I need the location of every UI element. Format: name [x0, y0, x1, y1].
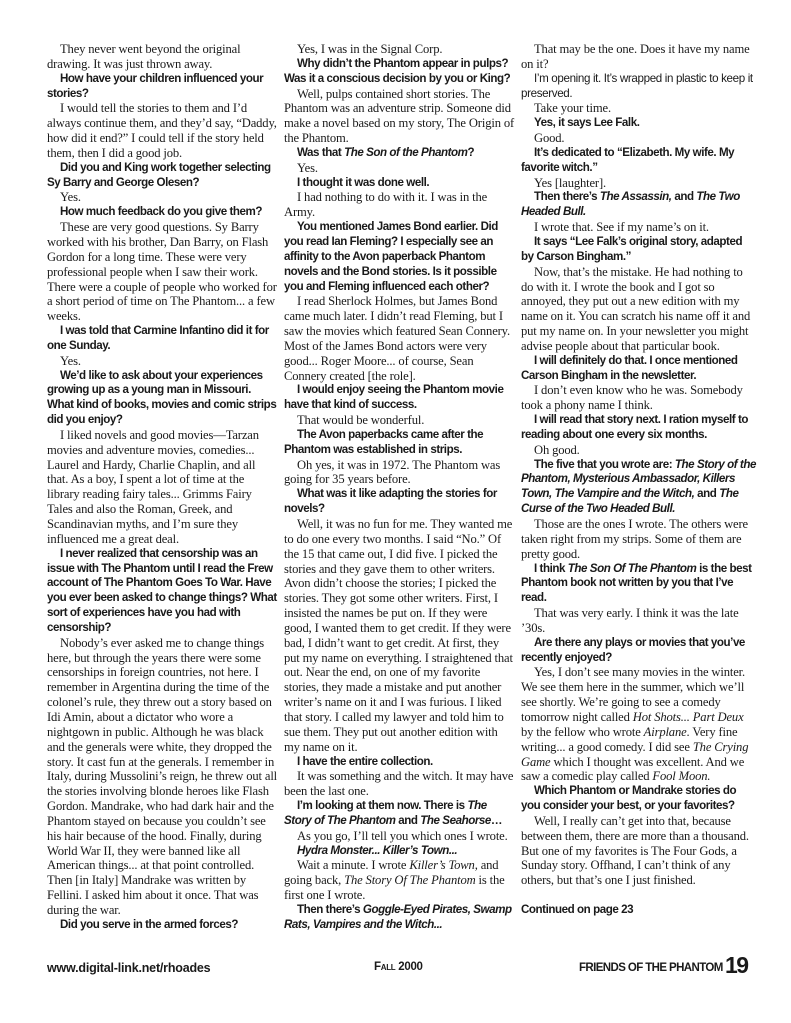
interview-answer: Well, it was no fun for me. They wanted …: [284, 517, 516, 755]
interview-question: I’m looking at them now. There is The St…: [284, 799, 516, 829]
interview-answer: I wrote that. See if my name’s on it.: [521, 220, 757, 235]
text-segment: Are there any plays or movies that you’v…: [521, 636, 745, 664]
interviewer-statement: I’m opening it. It’s wrapped in plastic …: [521, 72, 757, 102]
interview-answer: These are very good questions. Sy Barry …: [47, 220, 279, 324]
text-segment: I would tell the stories to them and I’d…: [47, 101, 277, 160]
text-segment: I will definitely do that. I once mentio…: [521, 354, 738, 382]
interview-question: I never realized that censorship was an …: [47, 547, 279, 636]
interview-question: The five that you wrote are: The Story o…: [521, 458, 757, 517]
text-segment: That was very early. I think it was the …: [521, 606, 739, 635]
page-footer: www.digital-link.net/rhoades Fall 2000 F…: [47, 958, 757, 982]
title-text: Hydra Monster... Killer’s Town...: [297, 844, 457, 857]
text-segment: Those are the ones I wrote. The others w…: [521, 517, 748, 561]
text-segment: I had nothing to do with it. I was in th…: [284, 190, 487, 219]
interview-question: We’d like to ask about your experiences …: [47, 369, 279, 428]
interview-answer: Nobody’s ever asked me to change things …: [47, 636, 279, 918]
text-segment: Now, that’s the mistake. He had nothing …: [521, 265, 750, 353]
interview-question: It’s dedicated to “Elizabeth. My wife. M…: [521, 146, 757, 176]
title-text: Airplane: [644, 725, 687, 739]
text-segment: Nobody’s ever asked me to change things …: [47, 636, 277, 917]
text-segment: I think: [534, 562, 568, 575]
interview-question: I thought it was done well.: [284, 176, 516, 191]
text-segment: Well, I really can’t get into that, beca…: [521, 814, 749, 887]
text-segment: I’m opening it. It’s wrapped in plastic …: [521, 72, 753, 100]
continued-note: Continued on page 23: [521, 903, 757, 918]
text-segment: Oh yes, it was in 1972. The Phantom was …: [284, 458, 500, 487]
interview-answer: I read Sherlock Holmes, but James Bond c…: [284, 294, 516, 383]
interview-question: The Avon paperbacks came after the Phant…: [284, 428, 516, 458]
text-segment: The Avon paperbacks came after the Phant…: [284, 428, 483, 456]
interview-answer: That may be the one. Does it have my nam…: [521, 42, 757, 72]
interview-answer: As you go, I’ll tell you which ones I wr…: [284, 829, 516, 844]
text-segment: Then there’s: [297, 903, 363, 916]
interview-question: I was told that Carmine Infantino did it…: [47, 324, 279, 354]
text-segment: and: [694, 487, 719, 500]
interview-question: How much feedback do you give them?: [47, 205, 279, 220]
interview-answer: I liked novels and good movies—Tarzan mo…: [47, 428, 279, 547]
text-segment: I never realized that censorship was an …: [47, 547, 277, 634]
text-segment: It was something and the witch. It may h…: [284, 769, 513, 798]
text-segment: …: [491, 814, 502, 827]
title-text: Killer’s Town,: [409, 858, 477, 872]
title-text: Fool Moon.: [652, 769, 710, 783]
title-text: The Son of the Phantom: [344, 146, 467, 159]
text-segment: I would enjoy seeing the Phantom movie h…: [284, 383, 503, 411]
interview-question: I would enjoy seeing the Phantom movie h…: [284, 383, 516, 413]
interview-question: Why didn’t the Phantom appear in pulps? …: [284, 57, 516, 87]
text-segment: Yes, it says Lee Falk.: [534, 116, 639, 129]
interview-answer: Yes.: [47, 190, 279, 205]
text-segment: which I thought was excellent. And we sa…: [521, 755, 744, 784]
text-segment: and: [672, 190, 697, 203]
magazine-title: FRIENDS OF THE PHANTOM: [579, 962, 723, 974]
interview-question: Hydra Monster... Killer’s Town...: [284, 844, 516, 859]
interview-question: Did you and King work together selecting…: [47, 161, 279, 191]
text-segment: Yes.: [60, 354, 81, 368]
text-segment: We’d like to ask about your experiences …: [47, 369, 276, 427]
text-segment: Continued on page 23: [521, 903, 633, 916]
text-segment: I wrote that. See if my name’s on it.: [534, 220, 709, 234]
issue-season: Fall 2000: [374, 961, 423, 973]
website-url[interactable]: www.digital-link.net/rhoades: [47, 961, 210, 975]
interview-answer: Yes.: [284, 161, 516, 176]
text-segment: Well, pulps contained short stories. The…: [284, 87, 514, 146]
interview-answer: Well, I really can’t get into that, beca…: [521, 814, 757, 888]
text-segment: Then there’s: [534, 190, 600, 203]
interview-question: Which Phantom or Mandrake stories do you…: [521, 784, 757, 814]
title-text: Hot Shots... Part Deux: [633, 710, 744, 724]
text-segment: The five that you wrote are:: [534, 458, 675, 471]
interview-question: I will definitely do that. I once mentio…: [521, 354, 757, 384]
text-segment: Take your time.: [534, 101, 611, 115]
text-segment: I’m looking at them now. There is: [297, 799, 467, 812]
title-text: The Son Of The Phantom: [568, 562, 697, 575]
text-segment: Yes, I was in the Signal Corp.: [297, 42, 442, 56]
text-segment: That may be the one. Does it have my nam…: [521, 42, 750, 71]
text-segment: I don’t even know who he was. Somebody t…: [521, 383, 743, 412]
interview-question: How have your children influenced your s…: [47, 72, 279, 102]
title-text: The Assassin,: [600, 190, 672, 203]
text-segment: They never went beyond the original draw…: [47, 42, 240, 71]
text-segment: You mentioned James Bond earlier. Did yo…: [284, 220, 498, 292]
interview-answer: Well, pulps contained short stories. The…: [284, 87, 516, 146]
interview-answer: They never went beyond the original draw…: [47, 42, 279, 72]
interview-question: What was it like adapting the stories fo…: [284, 487, 516, 517]
text-segment: Yes.: [60, 190, 81, 204]
text-segment: These are very good questions. Sy Barry …: [47, 220, 277, 323]
text-segment: Did you serve in the armed forces?: [60, 918, 238, 931]
interview-answer: I don’t even know who he was. Somebody t…: [521, 383, 757, 413]
page-number: 19: [725, 952, 748, 979]
interview-answer: I had nothing to do with it. I was in th…: [284, 190, 516, 220]
text-segment: How have your children influenced your s…: [47, 72, 263, 100]
text-segment: Wait a minute. I wrote: [297, 858, 409, 872]
text-segment: I read Sherlock Holmes, but James Bond c…: [284, 294, 510, 382]
text-segment: by the fellow who wrote: [521, 725, 644, 739]
text-segment: How much feedback do you give them?: [60, 205, 262, 218]
interview-answer: Those are the ones I wrote. The others w…: [521, 517, 757, 562]
text-segment: What was it like adapting the stories fo…: [284, 487, 497, 515]
text-segment: That would be wonderful.: [297, 413, 424, 427]
interview-question: You mentioned James Bond earlier. Did yo…: [284, 220, 516, 294]
interview-answer: I would tell the stories to them and I’d…: [47, 101, 279, 160]
interview-answer: Now, that’s the mistake. He had nothing …: [521, 265, 757, 354]
interview-answer: That would be wonderful.: [284, 413, 516, 428]
interview-answer: Oh yes, it was in 1972. The Phantom was …: [284, 458, 516, 488]
interview-question: I have the entire collection.: [284, 755, 516, 770]
interview-answer: Wait a minute. I wrote Killer’s Town, an…: [284, 858, 516, 903]
interview-question: Was that The Son of the Phantom?: [284, 146, 516, 161]
text-segment: It says “Lee Falk’s original story, adap…: [521, 235, 742, 263]
text-segment: Good.: [534, 131, 564, 145]
interview-answer: It was something and the witch. It may h…: [284, 769, 516, 799]
text-segment: Yes.: [297, 161, 318, 175]
interview-question: I think The Son Of The Phantom is the be…: [521, 562, 757, 607]
interview-question: Yes, it says Lee Falk.: [521, 116, 757, 131]
text-segment: and: [395, 814, 420, 827]
text-segment: Which Phantom or Mandrake stories do you…: [521, 784, 736, 812]
column-3: That may be the one. Does it have my nam…: [521, 42, 757, 918]
text-segment: Was that: [297, 146, 344, 159]
interview-question: It says “Lee Falk’s original story, adap…: [521, 235, 757, 265]
text-segment: Did you and King work together selecting…: [47, 161, 271, 189]
text-segment: I will read that story next. I ration my…: [521, 413, 748, 441]
text-segment: I was told that Carmine Infantino did it…: [47, 324, 269, 352]
interview-answer: Yes, I don’t see many movies in the wint…: [521, 665, 757, 784]
interview-question: I will read that story next. I ration my…: [521, 413, 757, 443]
title-text: The Story Of The Phantom: [344, 873, 475, 887]
interview-answer: Yes.: [47, 354, 279, 369]
interview-answer: Good.: [521, 131, 757, 146]
interview-question: Did you serve in the armed forces?: [47, 918, 279, 933]
interview-answer: Take your time.: [521, 101, 757, 116]
column-1: They never went beyond the original draw…: [47, 42, 279, 933]
text-segment: I thought it was done well.: [297, 176, 429, 189]
interview-question: Are there any plays or movies that you’v…: [521, 636, 757, 666]
text-segment: As you go, I’ll tell you which ones I wr…: [297, 829, 508, 843]
text-segment: ?: [468, 146, 475, 159]
interview-answer: Oh good.: [521, 443, 757, 458]
text-segment: Yes [laughter].: [534, 176, 606, 190]
text-segment: I have the entire collection.: [297, 755, 433, 768]
text-segment: Why didn’t the Phantom appear in pulps? …: [284, 57, 510, 85]
interview-question: Then there’s Goggle-Eyed Pirates, Swamp …: [284, 903, 516, 933]
interview-question: Then there’s The Assassin, and The Two H…: [521, 190, 757, 220]
interview-answer: Yes [laughter].: [521, 176, 757, 191]
text-segment: I liked novels and good movies—Tarzan mo…: [47, 428, 259, 546]
text-segment: Oh good.: [534, 443, 580, 457]
text-segment: It’s dedicated to “Elizabeth. My wife. M…: [521, 146, 734, 174]
text-segment: Well, it was no fun for me. They wanted …: [284, 517, 513, 754]
interview-answer: That was very early. I think it was the …: [521, 606, 757, 636]
interview-answer: Yes, I was in the Signal Corp.: [284, 42, 516, 57]
title-text: The Seahorse: [420, 814, 491, 827]
magazine-page: They never went beyond the original draw…: [0, 0, 791, 1023]
column-2: Yes, I was in the Signal Corp.Why didn’t…: [284, 42, 516, 933]
